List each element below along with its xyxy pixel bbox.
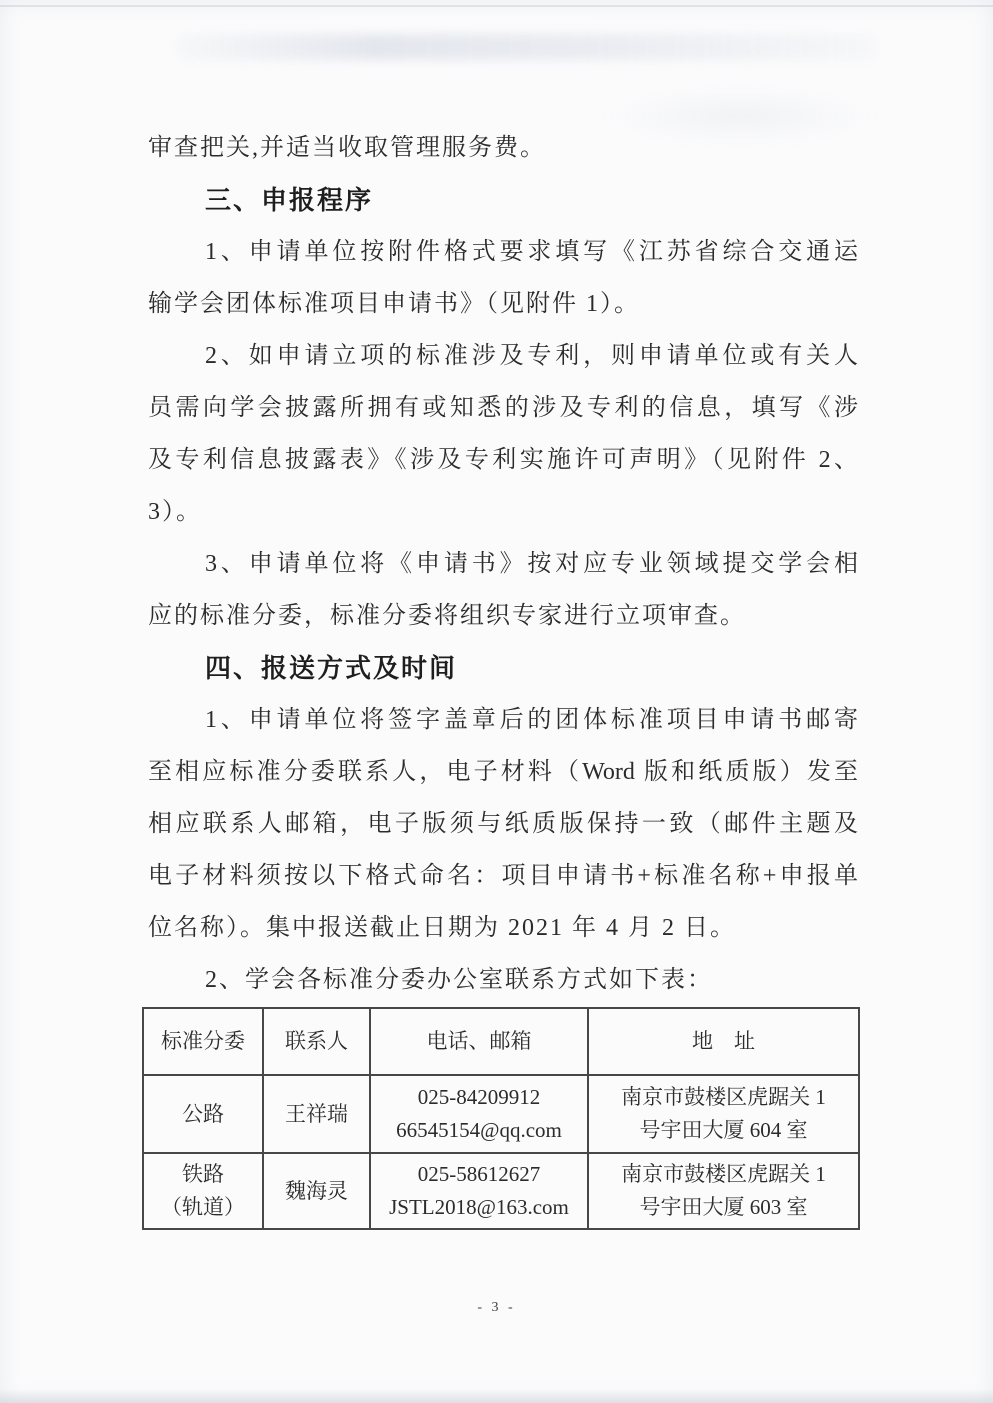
text-line: 电子材料须按以下格式命名：项目申请书+标准名称+申报单 — [148, 850, 858, 902]
text-line: 员需向学会披露所拥有或知悉的涉及专利的信息，填写《涉 — [148, 382, 858, 434]
table-header-cell-phone: 电话、邮箱 — [370, 1008, 588, 1075]
section-heading-4: 四、报送方式及时间 — [148, 642, 858, 694]
text-line: 至相应标准分委联系人，电子材料（Word 版和纸质版）发至 — [148, 746, 858, 798]
text-line: 3、申请单位将《申请书》按对应专业领域提交学会相 — [148, 538, 858, 590]
table-header-cell-contact: 联系人 — [263, 1008, 370, 1075]
text-line: 输学会团体标准项目申请书》（见附件 1）。 — [148, 278, 858, 330]
table-cell-contact: 魏海灵 — [263, 1153, 370, 1229]
scan-edge-bottom — [0, 1389, 993, 1403]
table-cell-phone: 025-84209912 66545154@qq.com — [370, 1075, 588, 1153]
address: 南京市鼓楼区虎踞关 1 号宇田大厦 603 室 — [621, 1158, 826, 1224]
header-label: 联系人 — [285, 1025, 348, 1058]
table-header-cell-committee: 标准分委 — [143, 1008, 263, 1075]
text-line: 1、申请单位将签字盖章后的团体标准项目申请书邮寄 — [148, 694, 858, 746]
table-row: 铁路 （轨道） 魏海灵 025-58612627 JSTL2018@163.co… — [143, 1153, 859, 1229]
table-cell-address: 南京市鼓楼区虎踞关 1 号宇田大厦 603 室 — [588, 1153, 859, 1229]
header-label: 地 址 — [692, 1025, 755, 1058]
text-line: 3）。 — [148, 486, 858, 538]
text-line: 应的标准分委，标准分委将组织专家进行立项审查。 — [148, 590, 858, 642]
text-line: 相应联系人邮箱，电子版须与纸质版保持一致（邮件主题及 — [148, 798, 858, 850]
contact-name: 王祥瑞 — [285, 1098, 348, 1131]
contact-table: 标准分委 联系人 电话、邮箱 地 址 公路 王祥瑞 025-84209912 6… — [142, 1007, 860, 1230]
text-line: 2、学会各标准分委办公室联系方式如下表： — [148, 954, 858, 1006]
document-page: 审查把关,并适当收取管理服务费。 三、申报程序 1、申请单位按附件格式要求填写《… — [0, 0, 993, 1403]
address: 南京市鼓楼区虎踞关 1 号宇田大厦 604 室 — [621, 1081, 826, 1147]
table-header-row: 标准分委 联系人 电话、邮箱 地 址 — [143, 1008, 859, 1075]
body-text: 审查把关,并适当收取管理服务费。 三、申报程序 1、申请单位按附件格式要求填写《… — [148, 122, 858, 1006]
contact-name: 魏海灵 — [285, 1175, 348, 1208]
committee-name: 铁路 （轨道） — [161, 1158, 245, 1224]
table-header-cell-address: 地 址 — [588, 1008, 859, 1075]
table-cell-address: 南京市鼓楼区虎踞关 1 号宇田大厦 604 室 — [588, 1075, 859, 1153]
table-cell-contact: 王祥瑞 — [263, 1075, 370, 1153]
table-row: 公路 王祥瑞 025-84209912 66545154@qq.com 南京市鼓… — [143, 1075, 859, 1153]
committee-name: 公路 — [182, 1098, 224, 1131]
phone-email: 025-84209912 66545154@qq.com — [396, 1081, 562, 1147]
page-number: - 3 - — [0, 1300, 993, 1316]
phone-email: 025-58612627 JSTL2018@163.com — [389, 1158, 569, 1224]
table-cell-phone: 025-58612627 JSTL2018@163.com — [370, 1153, 588, 1229]
table-cell-committee: 铁路 （轨道） — [143, 1153, 263, 1229]
text-line: 2、如申请立项的标准涉及专利，则申请单位或有关人 — [148, 330, 858, 382]
scan-smudge — [175, 34, 880, 60]
scan-edge-top — [0, 5, 993, 7]
text-line: 及专利信息披露表》《涉及专利实施许可声明》（见附件 2、 — [148, 434, 858, 486]
section-heading-3: 三、申报程序 — [148, 174, 858, 226]
text-line: 审查把关,并适当收取管理服务费。 — [148, 122, 858, 174]
header-label: 电话、邮箱 — [427, 1025, 532, 1058]
text-line: 位名称）。集中报送截止日期为 2021 年 4 月 2 日。 — [148, 902, 858, 954]
header-label: 标准分委 — [161, 1025, 245, 1058]
text-line: 1、申请单位按附件格式要求填写《江苏省综合交通运 — [148, 226, 858, 278]
table-cell-committee: 公路 — [143, 1075, 263, 1153]
